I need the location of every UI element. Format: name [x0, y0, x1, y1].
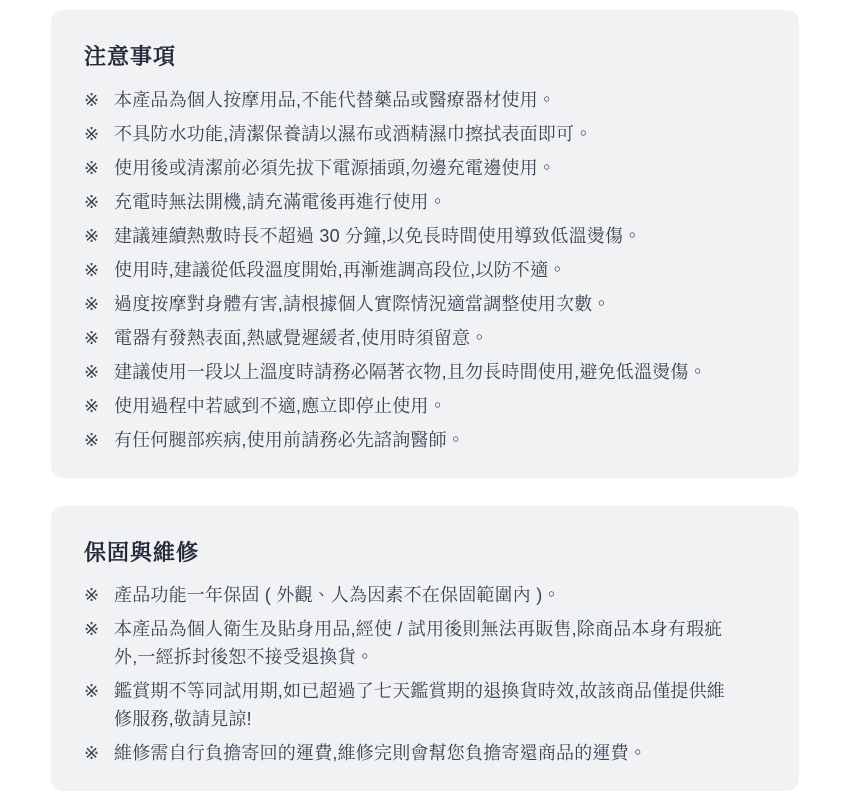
- reference-mark: ※: [84, 188, 114, 216]
- reference-mark: ※: [84, 86, 114, 114]
- list-item: ※使用時,建議從低段溫度開始,再漸進調高段位,以防不適。: [84, 256, 759, 284]
- list-item: ※使用過程中若感到不適,應立即停止使用。: [84, 392, 759, 420]
- reference-mark: ※: [84, 677, 114, 705]
- reference-mark: ※: [84, 739, 114, 767]
- reference-mark: ※: [84, 324, 114, 352]
- item-text: 本產品為個人衛生及貼身用品,經使 / 試用後則無法再販售,除商品本身有瑕疵外,一…: [114, 615, 732, 671]
- item-text: 本產品為個人按摩用品,不能代替藥品或醫療器材使用。: [114, 86, 732, 114]
- warranty-section-card: 保固與維修 ※產品功能一年保固 ( 外觀、人為因素不在保固範圍內 )。※本產品為…: [51, 506, 799, 792]
- list-item: ※使用後或清潔前必須先拔下電源插頭,勿邊充電邊使用。: [84, 154, 759, 182]
- item-text: 建議連續熱敷時長不超過 30 分鐘,以免長時間使用導致低溫燙傷。: [114, 222, 732, 250]
- list-item: ※充電時無法開機,請充滿電後再進行使用。: [84, 188, 759, 216]
- item-text: 過度按摩對身體有害,請根據個人實際情況適當調整使用次數。: [114, 290, 732, 318]
- list-item: ※有任何腿部疾病,使用前請務必先諮詢醫師。: [84, 426, 759, 454]
- item-text: 建議使用一段以上溫度時請務必隔著衣物,且勿長時間使用,避免低溫燙傷。: [114, 358, 732, 386]
- notice-section-card: 注意事項 ※本產品為個人按摩用品,不能代替藥品或醫療器材使用。※不具防水功能,清…: [51, 10, 799, 478]
- reference-mark: ※: [84, 120, 114, 148]
- item-text: 有任何腿部疾病,使用前請務必先諮詢醫師。: [114, 426, 732, 454]
- list-item: ※建議使用一段以上溫度時請務必隔著衣物,且勿長時間使用,避免低溫燙傷。: [84, 358, 759, 386]
- list-item: ※鑑賞期不等同試用期,如已超過了七天鑑賞期的退換貨時效,故該商品僅提供維修服務,…: [84, 677, 759, 733]
- item-text: 鑑賞期不等同試用期,如已超過了七天鑑賞期的退換貨時效,故該商品僅提供維修服務,敬…: [114, 677, 732, 733]
- reference-mark: ※: [84, 154, 114, 182]
- reference-mark: ※: [84, 392, 114, 420]
- item-text: 維修需自行負擔寄回的運費,維修完則會幫您負擔寄還商品的運費。: [114, 739, 732, 767]
- list-item: ※電器有發熱表面,熱感覺遲緩者,使用時須留意。: [84, 324, 759, 352]
- list-item: ※維修需自行負擔寄回的運費,維修完則會幫您負擔寄還商品的運費。: [84, 739, 759, 767]
- reference-mark: ※: [84, 222, 114, 250]
- reference-mark: ※: [84, 581, 114, 609]
- list-item: ※本產品為個人按摩用品,不能代替藥品或醫療器材使用。: [84, 86, 759, 114]
- warranty-section-title: 保固與維修: [84, 539, 759, 568]
- item-text: 使用時,建議從低段溫度開始,再漸進調高段位,以防不適。: [114, 256, 732, 284]
- item-text: 充電時無法開機,請充滿電後再進行使用。: [114, 188, 732, 216]
- reference-mark: ※: [84, 615, 114, 643]
- item-text: 使用過程中若感到不適,應立即停止使用。: [114, 392, 732, 420]
- item-text: 使用後或清潔前必須先拔下電源插頭,勿邊充電邊使用。: [114, 154, 732, 182]
- item-text: 電器有發熱表面,熱感覺遲緩者,使用時須留意。: [114, 324, 732, 352]
- warranty-item-list: ※產品功能一年保固 ( 外觀、人為因素不在保固範圍內 )。※本產品為個人衛生及貼…: [84, 581, 759, 767]
- reference-mark: ※: [84, 290, 114, 318]
- list-item: ※過度按摩對身體有害,請根據個人實際情況適當調整使用次數。: [84, 290, 759, 318]
- item-text: 不具防水功能,清潔保養請以濕布或酒精濕巾擦拭表面即可。: [114, 120, 732, 148]
- reference-mark: ※: [84, 256, 114, 284]
- list-item: ※不具防水功能,清潔保養請以濕布或酒精濕巾擦拭表面即可。: [84, 120, 759, 148]
- notice-section-title: 注意事項: [84, 43, 759, 72]
- notice-item-list: ※本產品為個人按摩用品,不能代替藥品或醫療器材使用。※不具防水功能,清潔保養請以…: [84, 86, 759, 454]
- list-item: ※本產品為個人衛生及貼身用品,經使 / 試用後則無法再販售,除商品本身有瑕疵外,…: [84, 615, 759, 671]
- reference-mark: ※: [84, 358, 114, 386]
- item-text: 產品功能一年保固 ( 外觀、人為因素不在保固範圍內 )。: [114, 581, 732, 609]
- reference-mark: ※: [84, 426, 114, 454]
- list-item: ※建議連續熱敷時長不超過 30 分鐘,以免長時間使用導致低溫燙傷。: [84, 222, 759, 250]
- list-item: ※產品功能一年保固 ( 外觀、人為因素不在保固範圍內 )。: [84, 581, 759, 609]
